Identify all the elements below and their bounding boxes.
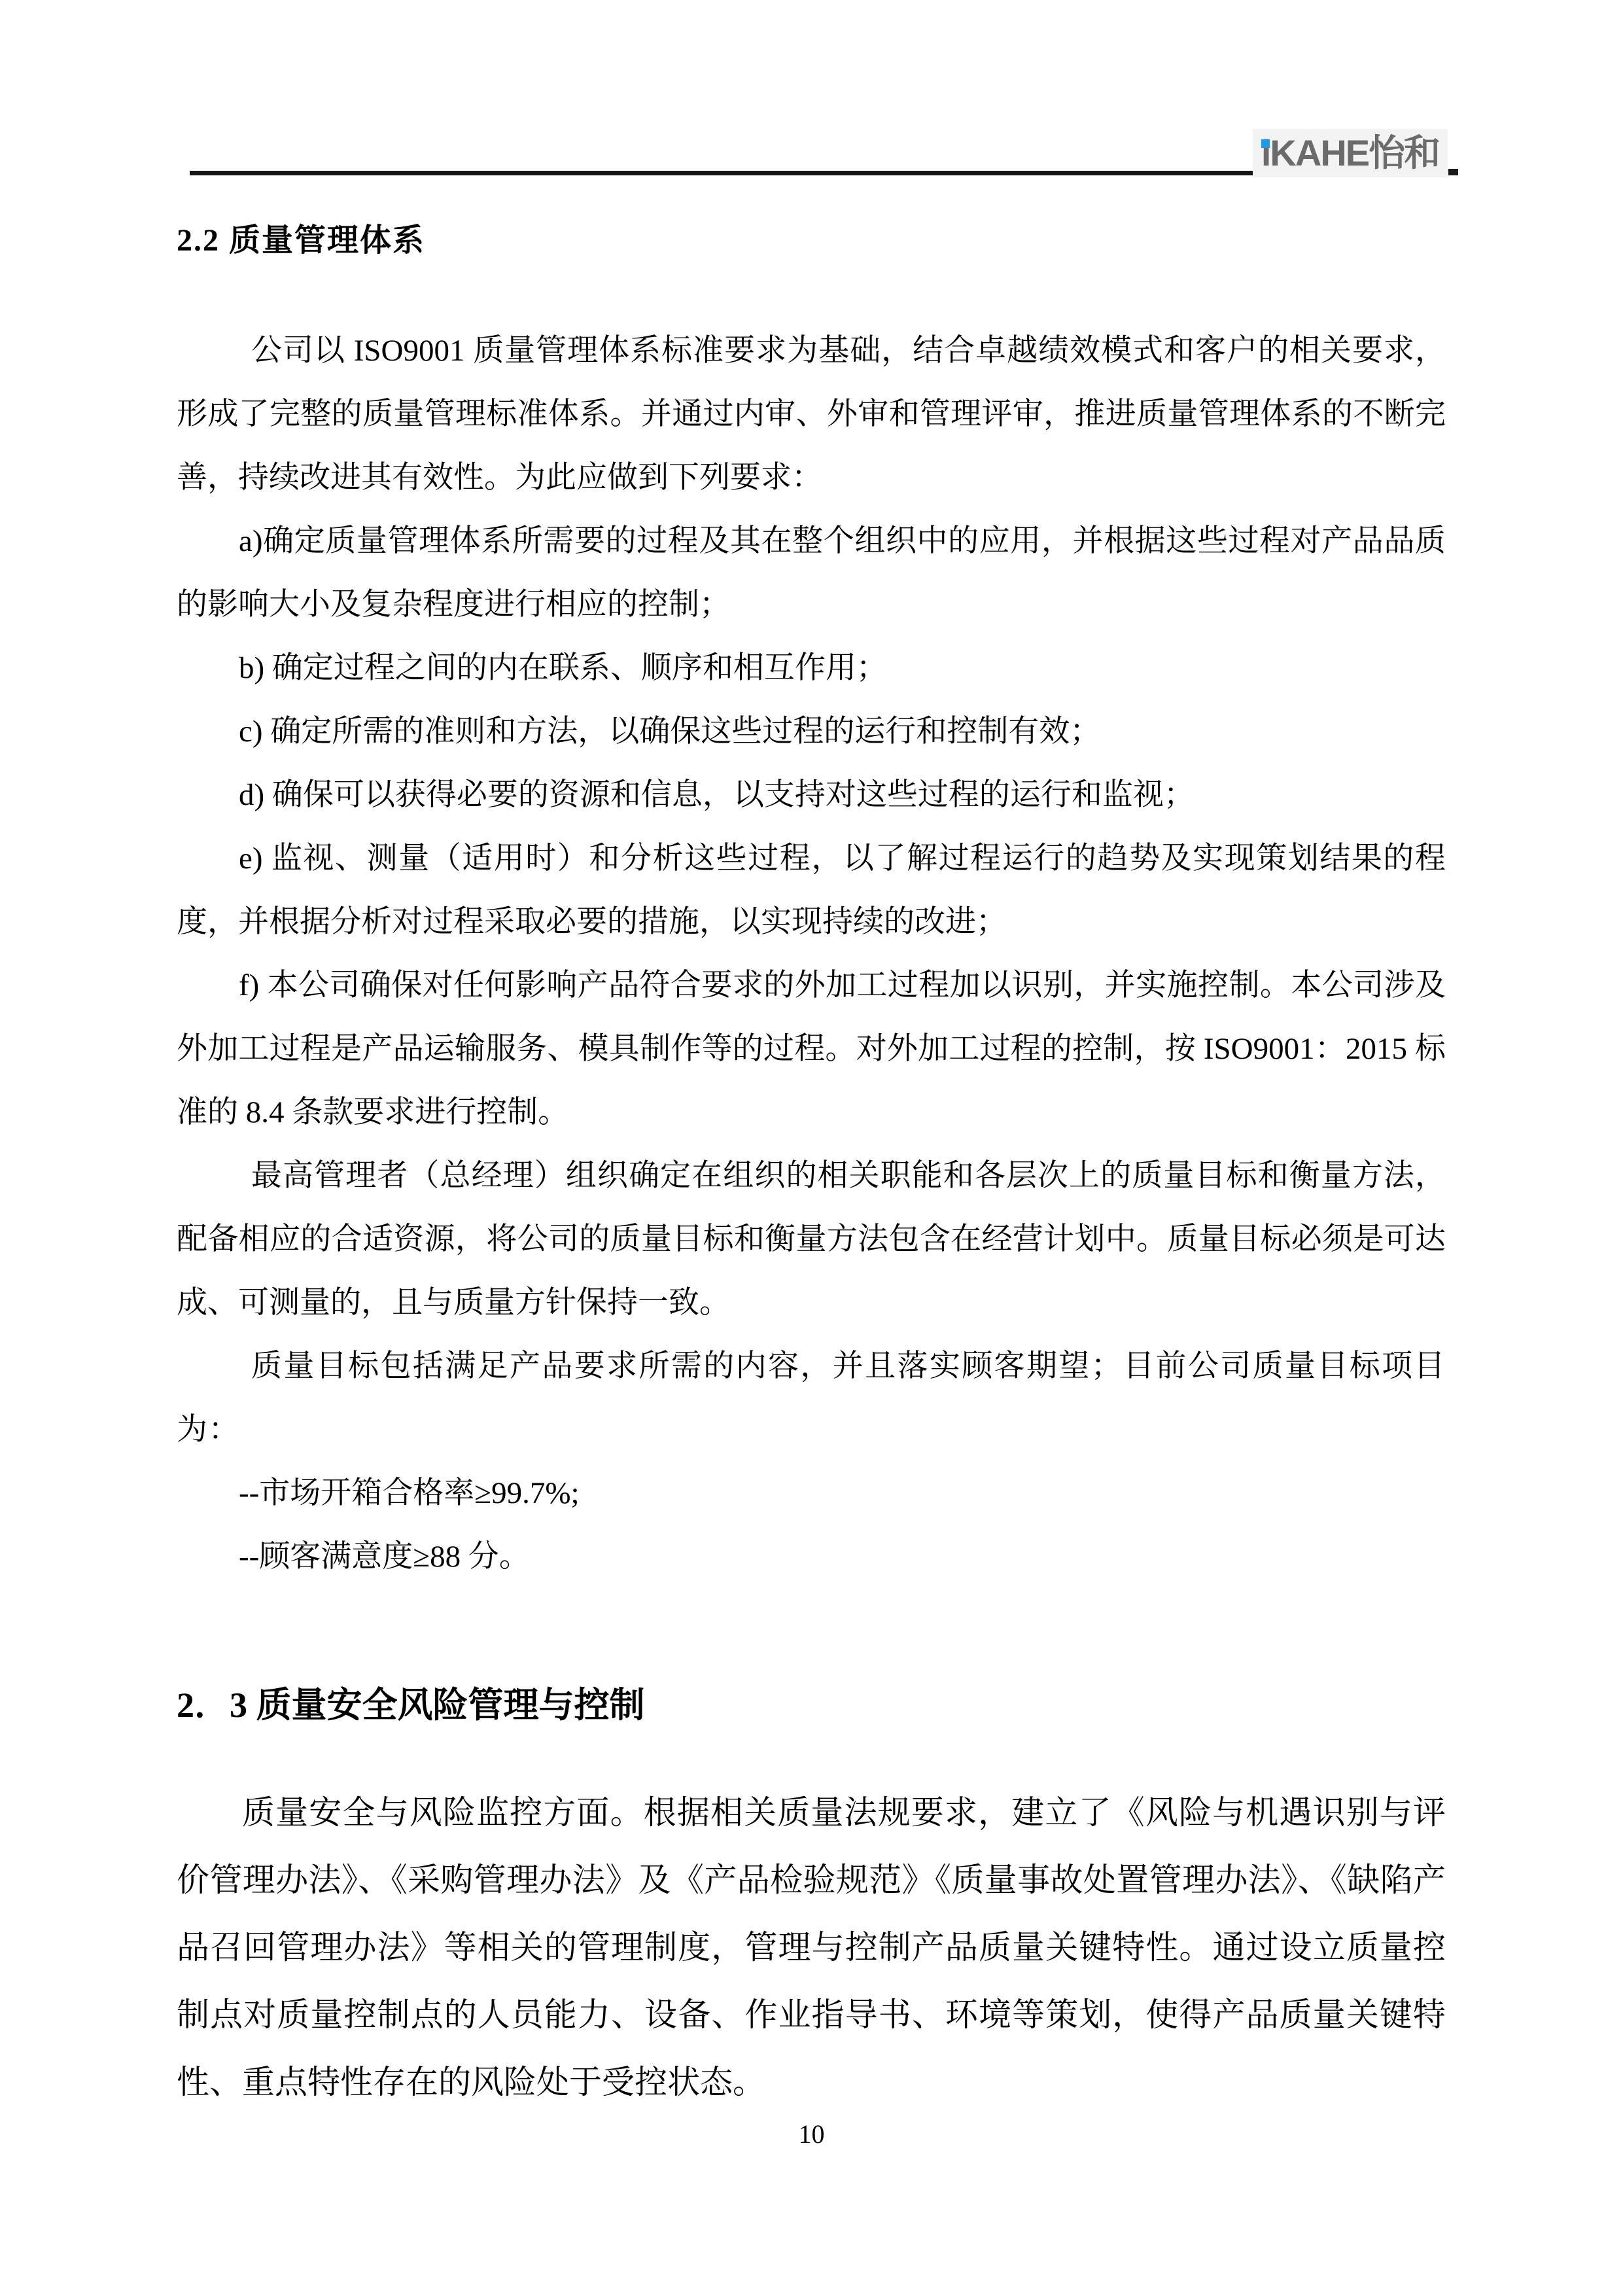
quality-goal-item: --顾客满意度≥88 分。 [177, 1525, 1446, 1589]
logo-wordmark: iKAHE怡和 [1261, 132, 1439, 173]
paragraph: 最高管理者（总经理）组织确定在组织的相关职能和各层次上的质量目标和衡量方法，配备… [177, 1144, 1446, 1335]
list-item-f: f) 本公司确保对任何影响产品符合要求的外加工过程加以识别，并实施控制。本公司涉… [177, 954, 1446, 1144]
paragraph: 公司以 ISO9001 质量管理体系标准要求为基础，结合卓越绩效模式和客户的相关… [177, 319, 1446, 510]
logo-text: iKAHE怡和 [1261, 135, 1439, 171]
section-heading-2-3: 2．3 质量安全风险管理与控制 [177, 1684, 645, 1727]
paragraph: 质量目标包括满足产品要求所需的内容，并且落实顾客期望；目前公司质量目标项目为： [177, 1335, 1446, 1462]
logo-dot-icon [1261, 139, 1270, 148]
section-2-2-body: 公司以 ISO9001 质量管理体系标准要求为基础，结合卓越绩效模式和客户的相关… [177, 319, 1446, 1589]
list-item-b: b) 确定过程之间的内在联系、顺序和相互作用； [177, 637, 1446, 700]
list-item-c: c) 确定所需的准则和方法，以确保这些过程的运行和控制有效； [177, 700, 1446, 764]
list-item-a: a)确定质量管理体系所需要的过程及其在整个组织中的应用，并根据这些过程对产品品质… [177, 510, 1446, 637]
company-logo: iKAHE怡和 [1253, 129, 1448, 177]
quality-goal-item: --市场开箱合格率≥99.7%; [177, 1462, 1446, 1525]
list-item-d: d) 确保可以获得必要的资源和信息，以支持对这些过程的运行和监视； [177, 764, 1446, 827]
logo-underscore [1448, 169, 1458, 175]
section-heading-2-2: 2.2 质量管理体系 [177, 221, 425, 260]
list-item-e: e) 监视、测量（适用时）和分析这些过程，以了解过程运行的趋势及实现策划结果的程… [177, 827, 1446, 954]
header-rule [190, 171, 1253, 175]
paragraph: 质量安全与风险监控方面。根据相关质量法规要求，建立了《风险与机遇识别与评价管理办… [177, 1779, 1446, 2116]
section-2-3-body: 质量安全与风险监控方面。根据相关质量法规要求，建立了《风险与机遇识别与评价管理办… [177, 1779, 1446, 2116]
page-number: 10 [0, 2119, 1623, 2150]
document-page: iKAHE怡和 2.2 质量管理体系 公司以 ISO9001 质量管理体系标准要… [0, 0, 1623, 2296]
